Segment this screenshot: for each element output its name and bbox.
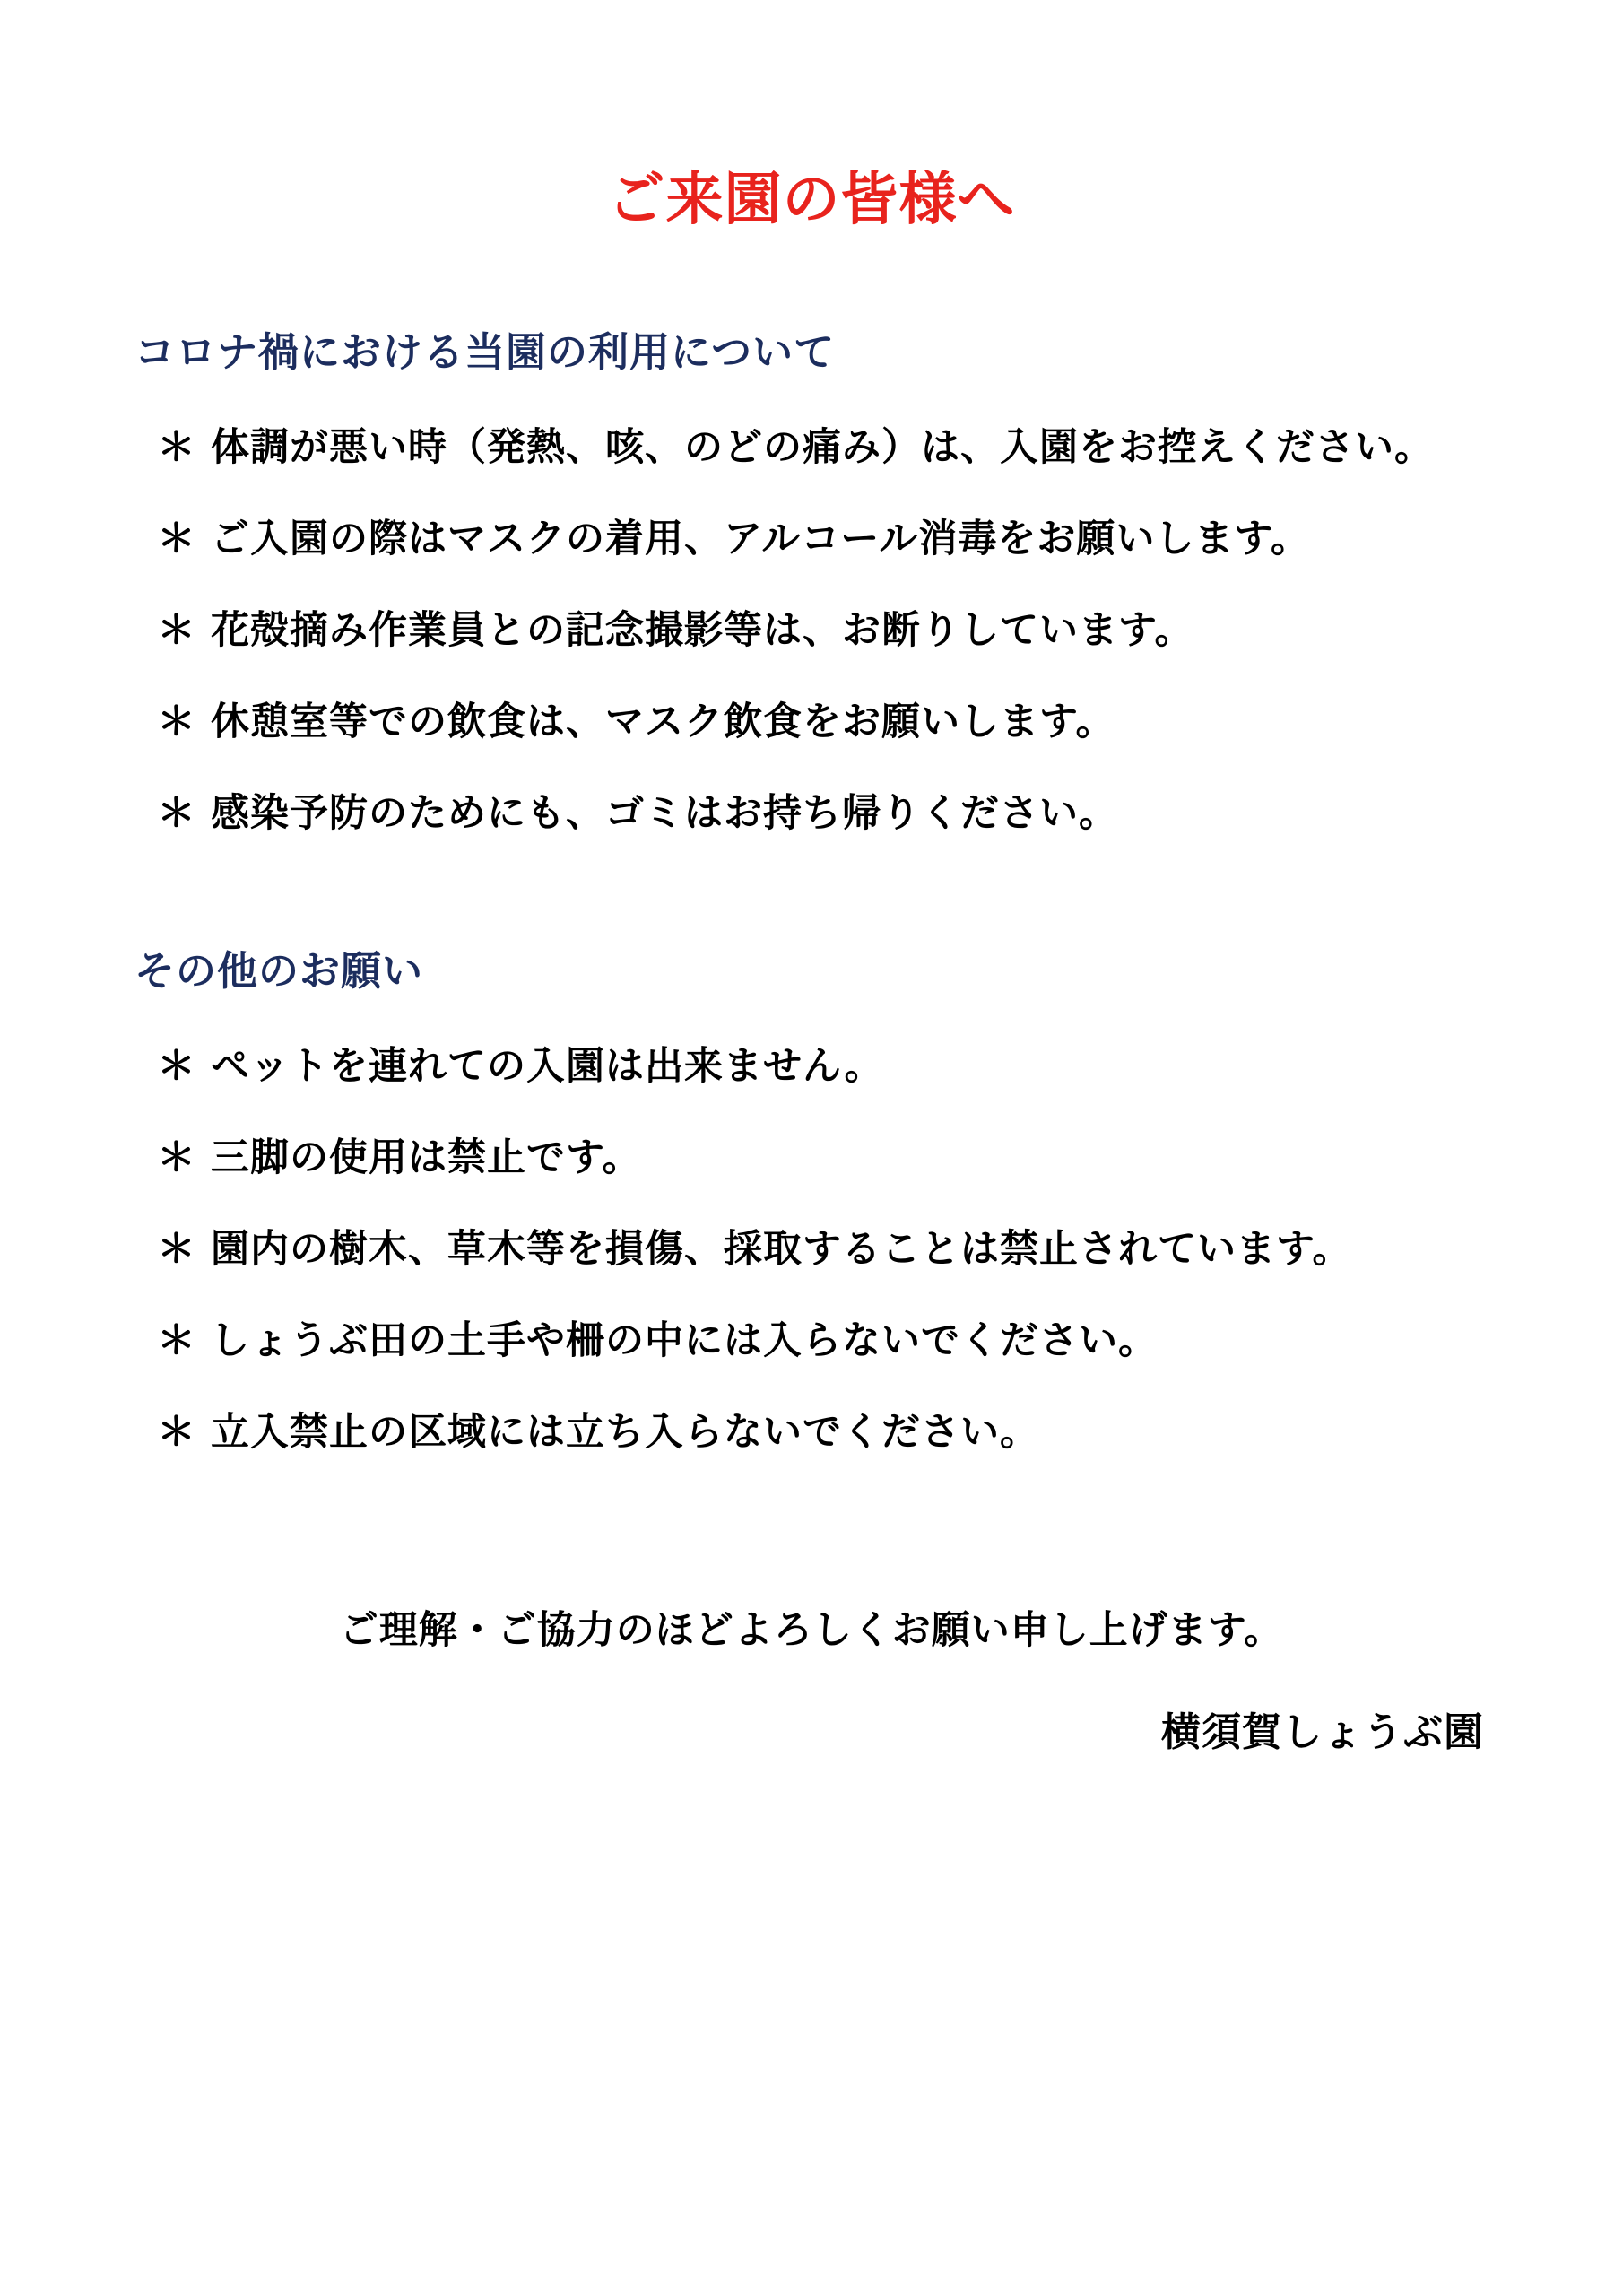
list-item-text: 園内の樹木、草木等を損傷、採取することは禁止されています。: [211, 1231, 1352, 1269]
other-rules-list: ＊ ペットを連れての入園は出来ません。 ＊ 三脚の使用は禁止です。 ＊ 園内の樹…: [157, 1048, 1352, 1505]
asterisk-bullet: ＊: [157, 703, 196, 742]
visitor-notice-page: ご来園の皆様へ コロナ禍における当園の利用について ＊ 体調が悪い時（発熱、咳、…: [0, 0, 1623, 2296]
asterisk-bullet: ＊: [157, 612, 196, 650]
section-heading-covid-usage: コロナ禍における当園の利用について: [135, 330, 835, 375]
list-item: ＊ 休憩室等での飲食は、マスク飲食をお願いします。: [157, 703, 1434, 742]
list-item-text: 感染予防のためにも、ゴミはお持ち帰りください。: [211, 795, 1118, 833]
asterisk-bullet: ＊: [157, 1322, 196, 1361]
list-item: ＊ 立入禁止の区域には立ち入らないでください。: [157, 1413, 1352, 1452]
list-item-text: ペットを連れての入園は出来ません。: [211, 1048, 884, 1086]
list-item: ＊ ご入園の際はマスクの着用、アルコール消毒をお願いします。: [157, 520, 1434, 559]
asterisk-bullet: ＊: [157, 1139, 196, 1178]
covid-rules-list: ＊ 体調が悪い時（発熱、咳、のどの痛み）は、入園をお控えください。 ＊ ご入園の…: [157, 429, 1434, 886]
asterisk-bullet: ＊: [157, 520, 196, 559]
section-heading-other-requests: その他のお願い: [135, 949, 423, 994]
list-item: ＊ 三脚の使用は禁止です。: [157, 1139, 1352, 1178]
asterisk-bullet: ＊: [157, 795, 196, 833]
asterisk-bullet: ＊: [157, 1048, 196, 1086]
asterisk-bullet: ＊: [157, 1413, 196, 1452]
asterisk-bullet: ＊: [157, 429, 196, 467]
list-item: ＊ 感染予防のためにも、ゴミはお持ち帰りください。: [157, 795, 1434, 833]
closing-remark: ご理解・ご協力のほどよろしくお願い申し上げます。: [0, 1610, 1623, 1652]
list-item-text: 花殻摘み作業員との記念撮影等は、お断りしています。: [211, 612, 1194, 650]
list-item-text: 休憩室等での飲食は、マスク飲食をお願いします。: [211, 703, 1115, 742]
signature-park-name: 横須賀しょうぶ園: [0, 1711, 1623, 1754]
list-item: ＊ 花殻摘み作業員との記念撮影等は、お断りしています。: [157, 612, 1434, 650]
list-item: ＊ 体調が悪い時（発熱、咳、のどの痛み）は、入園をお控えください。: [157, 429, 1434, 467]
list-item: ＊ しょうぶ田の土手や柵の中には入らないでください。: [157, 1322, 1352, 1361]
list-item-text: 三脚の使用は禁止です。: [211, 1139, 642, 1178]
asterisk-bullet: ＊: [157, 1231, 196, 1269]
list-item-text: しょうぶ田の土手や柵の中には入らないでください。: [211, 1322, 1158, 1361]
page-title: ご来園の皆様へ: [0, 169, 1623, 231]
list-item: ＊ ペットを連れての入園は出来ません。: [157, 1048, 1352, 1086]
list-item-text: 立入禁止の区域には立ち入らないでください。: [211, 1413, 1039, 1452]
list-item: ＊ 園内の樹木、草木等を損傷、採取することは禁止されています。: [157, 1231, 1352, 1269]
list-item-text: 体調が悪い時（発熱、咳、のどの痛み）は、入園をお控えください。: [211, 429, 1434, 467]
list-item-text: ご入園の際はマスクの着用、アルコール消毒をお願いします。: [211, 520, 1310, 559]
